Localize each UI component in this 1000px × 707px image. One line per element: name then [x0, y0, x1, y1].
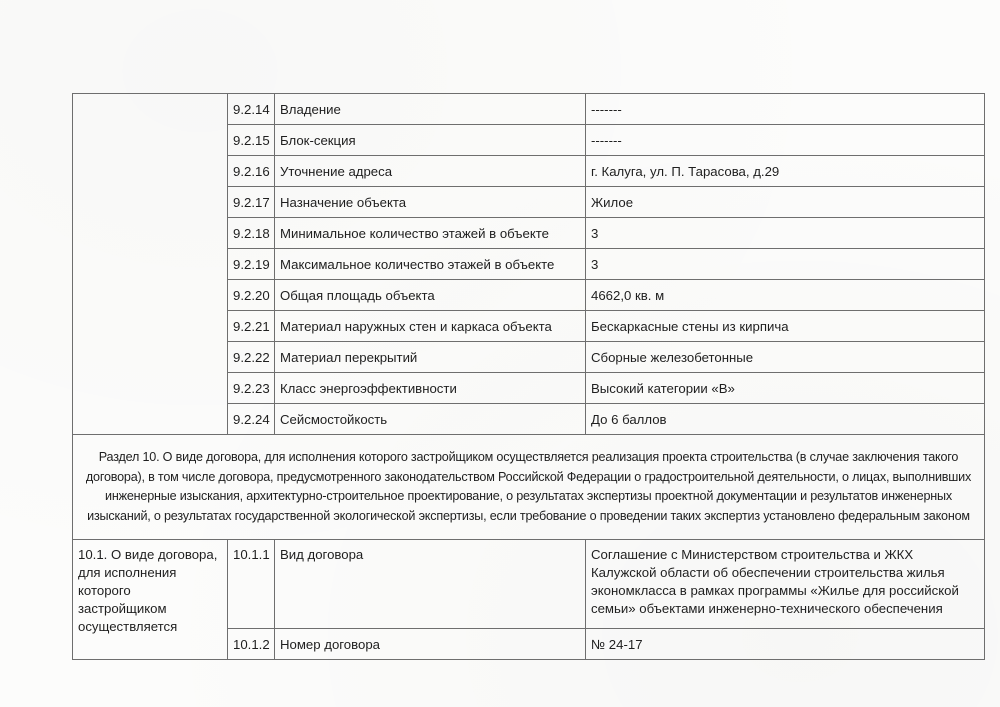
row-value: -------	[586, 125, 985, 156]
document-page: 9.2.14 Владение ------- 9.2.15 Блок-секц…	[0, 0, 1000, 707]
row-number: 9.2.15	[228, 125, 275, 156]
row-value: Сборные железобетонные	[586, 342, 985, 373]
row-number: 9.2.17	[228, 187, 275, 218]
row-label: Общая площадь объекта	[275, 280, 586, 311]
row-number: 9.2.14	[228, 94, 275, 125]
row-value: До 6 баллов	[586, 404, 985, 435]
row-label: Вид договора	[275, 540, 586, 629]
row-label: Сейсмостойкость	[275, 404, 586, 435]
row-number: 9.2.24	[228, 404, 275, 435]
row-value: Бескаркасные стены из кирпича	[586, 311, 985, 342]
row-number: 9.2.23	[228, 373, 275, 404]
row-label: Материал перекрытий	[275, 342, 586, 373]
row-label: Уточнение адреса	[275, 156, 586, 187]
row-label: Назначение объекта	[275, 187, 586, 218]
section-10-header-row: Раздел 10. О виде договора, для исполнен…	[73, 435, 985, 540]
table-row: 9.2.14 Владение -------	[73, 94, 985, 125]
row-value: № 24-17	[586, 629, 985, 660]
row-label: Класс энергоэффективности	[275, 373, 586, 404]
row-label: Максимальное количество этажей в объекте	[275, 249, 586, 280]
table-row: 10.1. О виде договора, для исполнения ко…	[73, 540, 985, 629]
row-value: 3	[586, 249, 985, 280]
row-label: Владение	[275, 94, 586, 125]
row-number: 9.2.20	[228, 280, 275, 311]
row-value: -------	[586, 94, 985, 125]
row-value: Высокий категории «В»	[586, 373, 985, 404]
section-9-2-group-cell	[73, 94, 228, 435]
row-number: 9.2.16	[228, 156, 275, 187]
section-10-1-group-label: 10.1. О виде договора, для исполнения ко…	[73, 540, 228, 660]
row-value: 3	[586, 218, 985, 249]
row-value: 4662,0 кв. м	[586, 280, 985, 311]
row-number: 9.2.19	[228, 249, 275, 280]
row-label: Минимальное количество этажей в объекте	[275, 218, 586, 249]
row-label: Блок-секция	[275, 125, 586, 156]
row-number: 10.1.1	[228, 540, 275, 629]
row-label: Материал наружных стен и каркаса объекта	[275, 311, 586, 342]
row-number: 9.2.22	[228, 342, 275, 373]
row-number: 10.1.2	[228, 629, 275, 660]
row-number: 9.2.18	[228, 218, 275, 249]
row-value: Соглашение с Министерством строительства…	[586, 540, 985, 629]
project-declaration-table: 9.2.14 Владение ------- 9.2.15 Блок-секц…	[72, 93, 985, 660]
row-label: Номер договора	[275, 629, 586, 660]
section-10-heading: Раздел 10. О виде договора, для исполнен…	[73, 435, 985, 540]
row-value: Жилое	[586, 187, 985, 218]
row-value: г. Калуга, ул. П. Тарасова, д.29	[586, 156, 985, 187]
row-number: 9.2.21	[228, 311, 275, 342]
